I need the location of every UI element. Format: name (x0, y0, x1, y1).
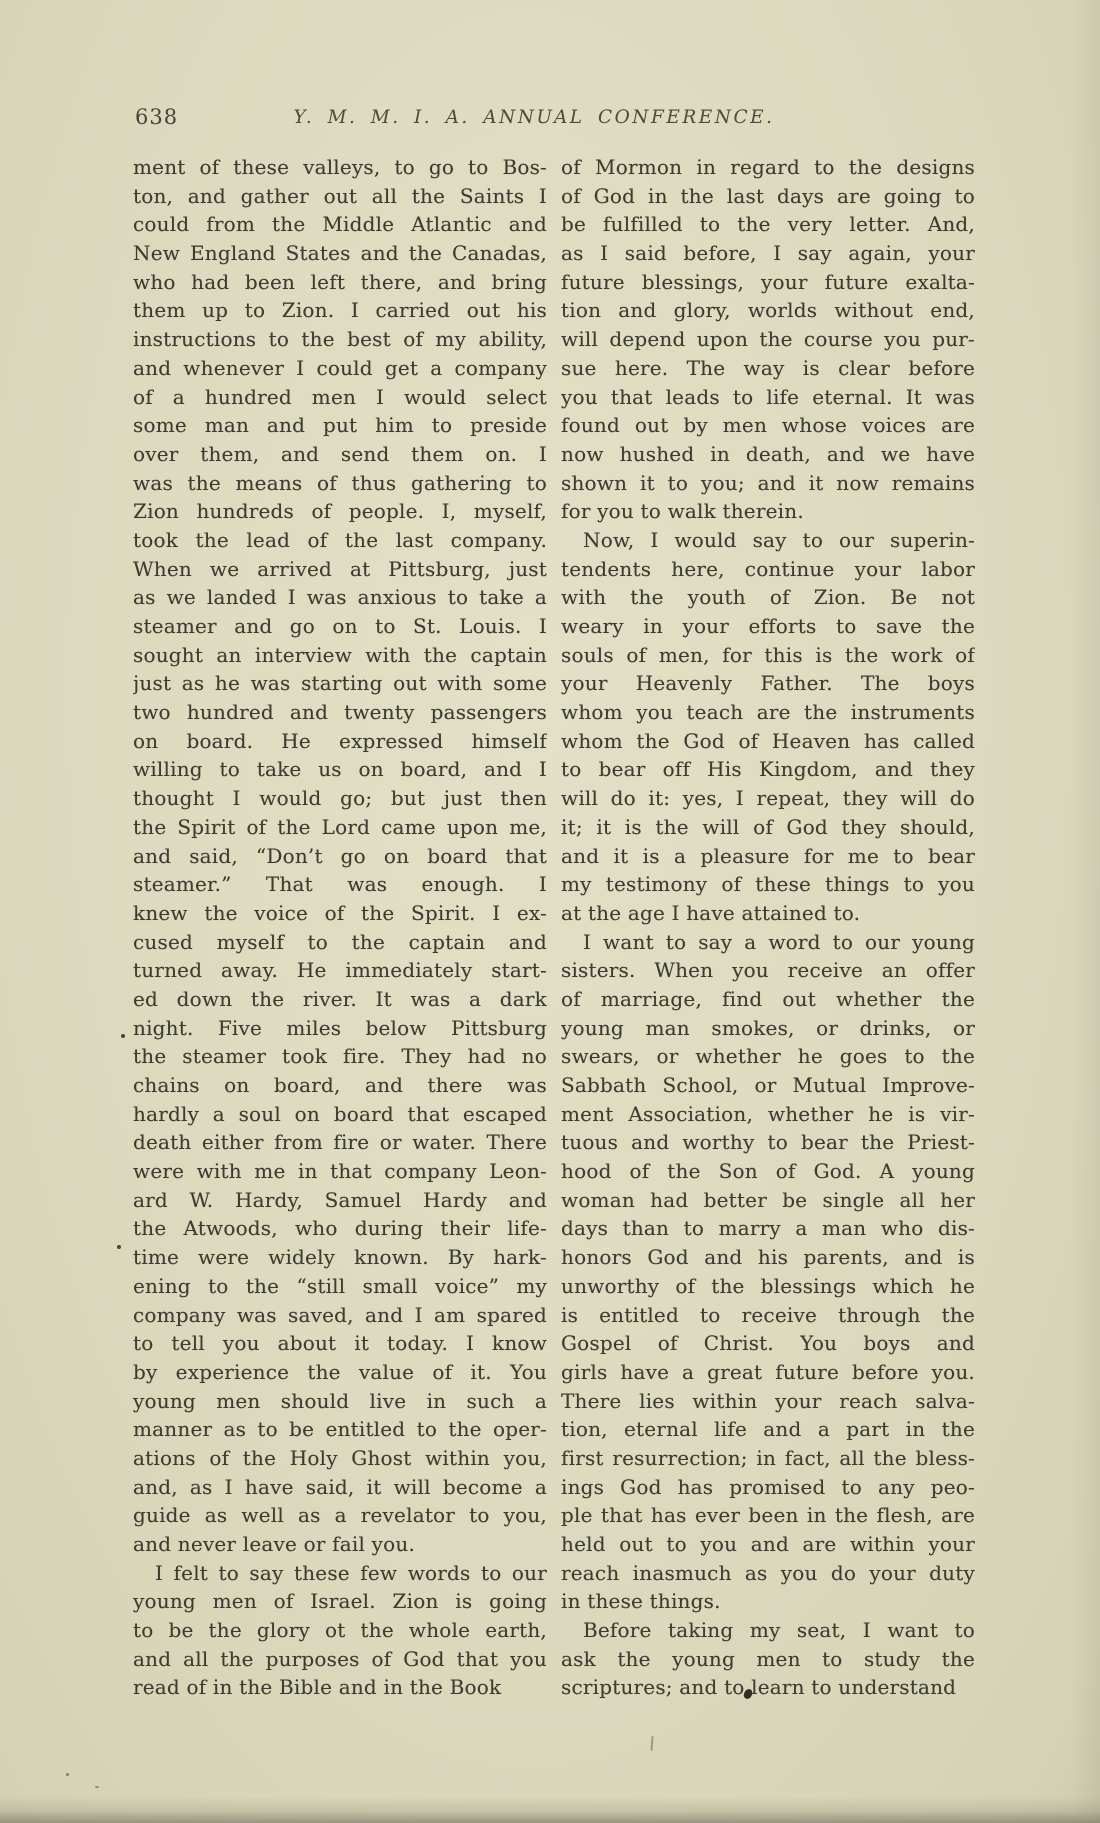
text-line: hardly a soul on board that escaped (133, 1100, 547, 1129)
text-line: time were widely known. By hark- (133, 1243, 547, 1272)
text-line: death either from fire or water. There (133, 1128, 547, 1157)
text-line: sue here. The way is clear before (561, 354, 975, 383)
text-line: young man smokes, or drinks, or (561, 1014, 975, 1043)
text-line: guide as well as a revelator to you, (133, 1501, 547, 1530)
text-line: and never leave or fail you. (133, 1530, 547, 1559)
text-line: Sabbath School, or Mutual Improve- (561, 1071, 975, 1100)
text-line: ations of the Holy Ghost within you, (133, 1444, 547, 1473)
text-line: weary in your efforts to save the (561, 612, 975, 641)
text-line: honors God and his parents, and is (561, 1243, 975, 1272)
text-line: of a hundred men I would select (133, 383, 547, 412)
text-line: the Atwoods, who during their life- (133, 1214, 547, 1243)
text-line: to be the glory ot the whole earth, (133, 1616, 547, 1645)
margin-speck (95, 1786, 99, 1788)
text-line: When we arrived at Pittsburg, just (133, 555, 547, 584)
text-line: in these things. (561, 1587, 975, 1616)
text-line: cused myself to the captain and (133, 928, 547, 957)
page-bottom-shadow (0, 1797, 1100, 1823)
text-line: shown it to you; and it now remains (561, 469, 975, 498)
text-line: Zion hundreds of people. I, myself, (133, 497, 547, 526)
text-line: is entitled to receive through the (561, 1301, 975, 1330)
text-columns: ment of these valleys, to go to Bos-ton,… (133, 153, 975, 1702)
text-line: ton, and gather out all the Saints I (133, 182, 547, 211)
text-line: with the youth of Zion. Be not (561, 583, 975, 612)
text-line: it; it is the will of God they should, (561, 813, 975, 842)
text-line: ening to the “still small voice” my (133, 1272, 547, 1301)
text-line: swears, or whether he goes to the (561, 1042, 975, 1071)
page-header: 638 Y. M. M. I. A. ANNUAL CONFERENCE. (133, 103, 975, 135)
scan-scratch (650, 1736, 653, 1751)
text-line: tendents here, continue your labor (561, 555, 975, 584)
text-line: thought I would go; but just then (133, 784, 547, 813)
text-line: days than to marry a man who dis- (561, 1214, 975, 1243)
text-line: souls of men, for this is the work of (561, 641, 975, 670)
text-line: I want to say a word to our young (561, 928, 975, 957)
text-line: whom the God of Heaven has called (561, 727, 975, 756)
running-title: Y. M. M. I. A. ANNUAL CONFERENCE. (133, 107, 935, 128)
text-line: of Mormon in regard to the designs (561, 153, 975, 182)
text-line: company was saved, and I am spared (133, 1301, 547, 1330)
text-line: for you to walk therein. (561, 497, 975, 526)
text-line: ed down the river. It was a dark (133, 985, 547, 1014)
text-line: now hushed in death, and we have (561, 440, 975, 469)
text-line: young men should live in such a (133, 1387, 547, 1416)
text-line: you that leads to life eternal. It was (561, 383, 975, 412)
right-column: of Mormon in regard to the designsof God… (561, 153, 975, 1702)
book-page: 638 Y. M. M. I. A. ANNUAL CONFERENCE. me… (0, 0, 1100, 1823)
text-line: night. Five miles below Pittsburg (133, 1014, 547, 1043)
text-line: woman had better be single all her (561, 1186, 975, 1215)
text-line: could from the Middle Atlantic and (133, 210, 547, 239)
text-line: ings God has promised to any peo- (561, 1473, 975, 1502)
text-line: on board. He expressed himself (133, 727, 547, 756)
text-line: tion and glory, worlds without end, (561, 296, 975, 325)
text-line: Gospel of Christ. You boys and (561, 1329, 975, 1358)
text-line: to tell you about it today. I know (133, 1329, 547, 1358)
page-edge-shadow (1070, 0, 1100, 1823)
text-line: some man and put him to preside (133, 411, 547, 440)
text-line: future blessings, your future exalta- (561, 268, 975, 297)
text-line: unworthy of the blessings which he (561, 1272, 975, 1301)
text-line: read of in the Bible and in the Book (133, 1673, 547, 1702)
text-line: held out to you and are within your (561, 1530, 975, 1559)
text-line: as we landed I was anxious to take a (133, 583, 547, 612)
text-line: and whenever I could get a company (133, 354, 547, 383)
text-line: will depend upon the course you pur- (561, 325, 975, 354)
text-line: found out by men whose voices are (561, 411, 975, 440)
text-line: I felt to say these few words to our (133, 1559, 547, 1588)
text-line: scriptures; and to learn to understand (561, 1673, 975, 1702)
text-line: and it is a pleasure for me to bear (561, 842, 975, 871)
text-line: chains on board, and there was (133, 1071, 547, 1100)
text-line: whom you teach are the instruments (561, 698, 975, 727)
margin-speck (66, 1773, 69, 1776)
text-line: first resurrection; in fact, all the ble… (561, 1444, 975, 1473)
text-line: instructions to the best of my ability, (133, 325, 547, 354)
text-line: the steamer took fire. They had no (133, 1042, 547, 1071)
text-line: tuous and worthy to bear the Priest- (561, 1128, 975, 1157)
text-line: manner as to be entitled to the oper- (133, 1415, 547, 1444)
text-line: hood of the Son of God. A young (561, 1157, 975, 1186)
text-line: my testimony of these things to you (561, 870, 975, 899)
text-line: turned away. He immediately start- (133, 956, 547, 985)
text-line: knew the voice of the Spirit. I ex- (133, 899, 547, 928)
text-line: ment of these valleys, to go to Bos- (133, 153, 547, 182)
text-line: as I said before, I say again, your (561, 239, 975, 268)
text-line: will do it: yes, I repeat, they will do (561, 784, 975, 813)
text-line: ard W. Hardy, Samuel Hardy and (133, 1186, 547, 1215)
text-line: reach inasmuch as you do your duty (561, 1559, 975, 1588)
text-line: willing to take us on board, and I (133, 755, 547, 784)
text-line: to bear off His Kingdom, and they (561, 755, 975, 784)
text-line: tion, eternal life and a part in the (561, 1415, 975, 1444)
text-line: sought an interview with the captain (133, 641, 547, 670)
text-line: New England States and the Canadas, (133, 239, 547, 268)
text-line: your Heavenly Father. The boys (561, 669, 975, 698)
text-line: be fulfilled to the very letter. And, (561, 210, 975, 239)
text-line: took the lead of the last company. (133, 526, 547, 555)
text-line: Now, I would say to our superin- (561, 526, 975, 555)
text-line: two hundred and twenty passengers (133, 698, 547, 727)
text-line: girls have a great future before you. (561, 1358, 975, 1387)
text-line: who had been left there, and bring (133, 268, 547, 297)
text-line: just as he was starting out with some (133, 669, 547, 698)
margin-speck (121, 1034, 125, 1038)
text-line: steamer.” That was enough. I (133, 870, 547, 899)
text-line: was the means of thus gathering to (133, 469, 547, 498)
text-line: by experience the value of it. You (133, 1358, 547, 1387)
text-line: ment Association, whether he is vir- (561, 1100, 975, 1129)
text-line: sisters. When you receive an offer (561, 956, 975, 985)
text-line: at the age I have attained to. (561, 899, 975, 928)
text-line: of God in the last days are going to (561, 182, 975, 211)
text-line: young men of Israel. Zion is going (133, 1587, 547, 1616)
text-line: were with me in that company Leon- (133, 1157, 547, 1186)
text-line: There lies within your reach salva- (561, 1387, 975, 1416)
text-line: Before taking my seat, I want to (561, 1616, 975, 1645)
text-line: them up to Zion. I carried out his (133, 296, 547, 325)
margin-speck (117, 1245, 121, 1249)
text-line: and, as I have said, it will become a (133, 1473, 547, 1502)
text-line: and all the purposes of God that you (133, 1645, 547, 1674)
text-line: steamer and go on to St. Louis. I (133, 612, 547, 641)
text-line: over them, and send them on. I (133, 440, 547, 469)
text-line: the Spirit of the Lord came upon me, (133, 813, 547, 842)
text-line: of marriage, find out whether the (561, 985, 975, 1014)
text-line: ask the young men to study the (561, 1645, 975, 1674)
text-line: and said, “Don’t go on board that (133, 842, 547, 871)
left-column: ment of these valleys, to go to Bos-ton,… (133, 153, 547, 1702)
text-line: ple that has ever been in the flesh, are (561, 1501, 975, 1530)
